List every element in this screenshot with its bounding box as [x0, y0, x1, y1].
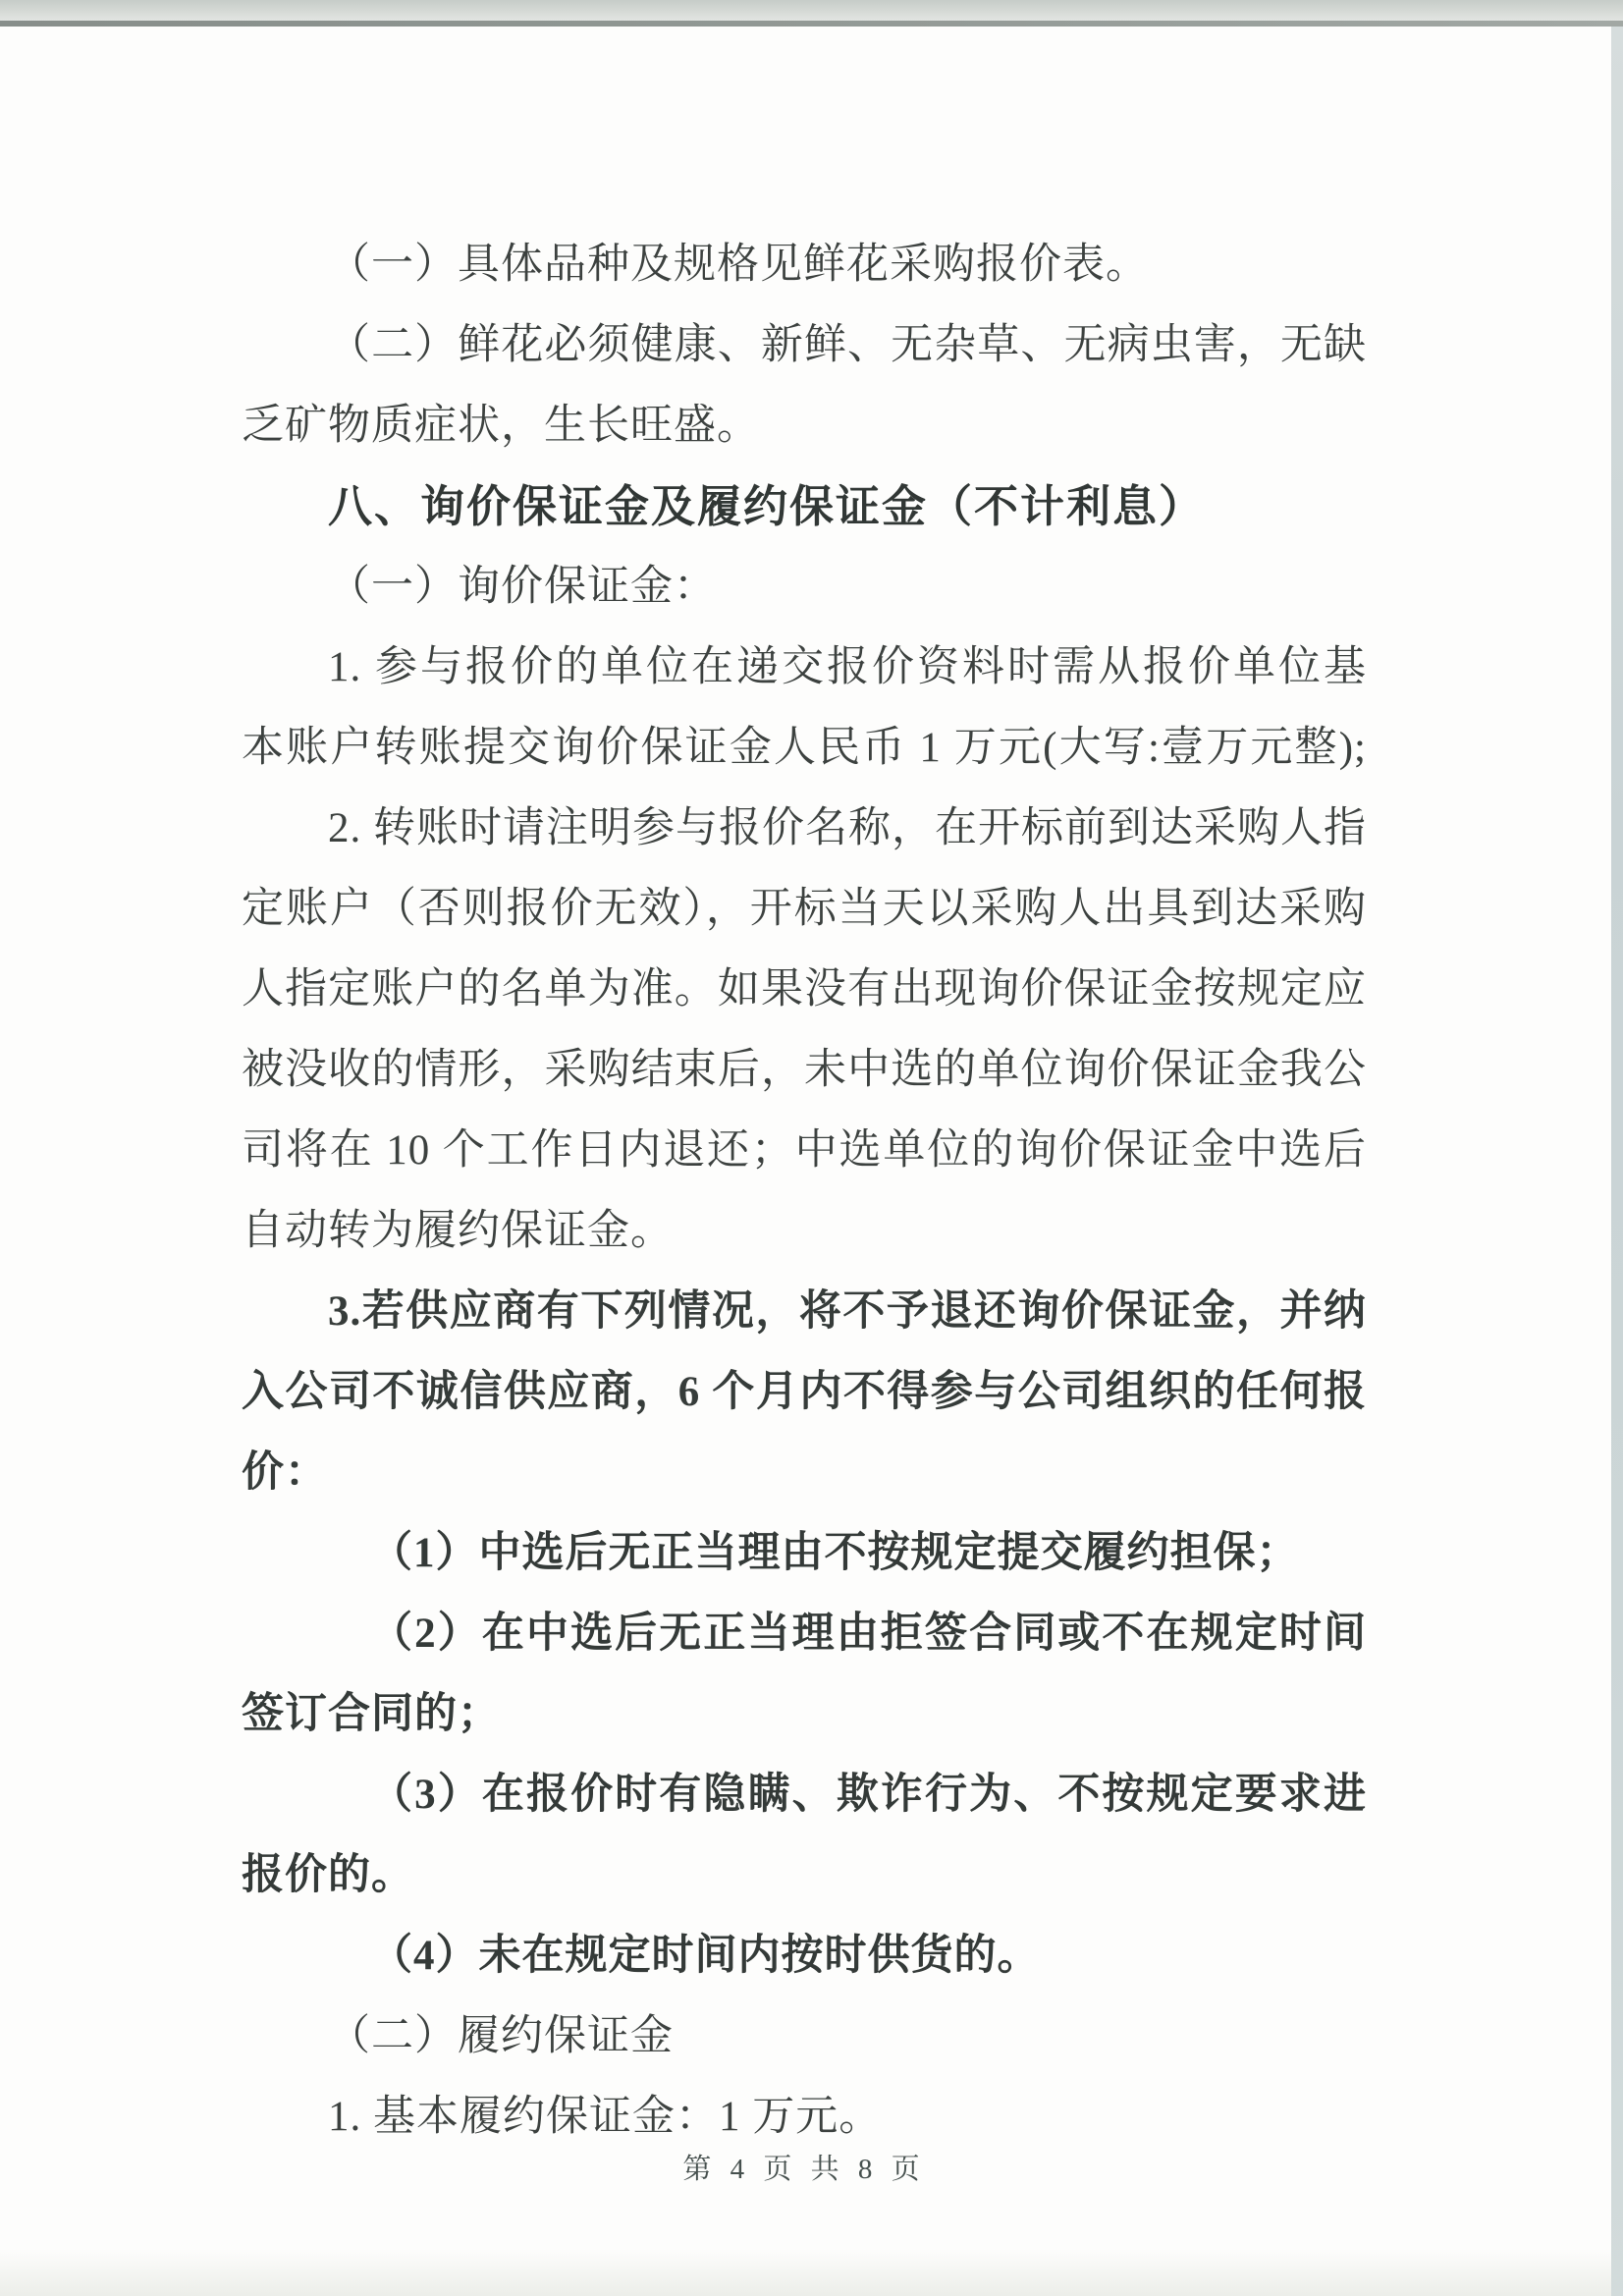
scan-edge-top-line	[0, 21, 1623, 27]
text-line: 2. 转账时请注明参与报价名称，在开标前到达采购人指	[242, 789, 1367, 869]
text-line: 自动转为履约保证金。	[242, 1191, 1367, 1272]
text-line: 被没收的情形，采购结束后，未中选的单位询价保证金我公	[242, 1030, 1367, 1111]
text-line: （3）在报价时有隐瞒、欺诈行为、不按规定要求进行	[242, 1755, 1367, 1835]
text-line: （4）未在规定时间内按时供货的。	[242, 1916, 1367, 1996]
text-line: 入公司不诚信供应商，6 个月内不得参与公司组织的任何报	[242, 1352, 1367, 1433]
text-line: （一）具体品种及规格见鲜花采购报价表。	[242, 225, 1367, 305]
scan-edge-top	[0, 0, 1623, 21]
text-line: （1）中选后无正当理由不按规定提交履约担保；	[242, 1513, 1367, 1594]
text-line: （2）在中选后无正当理由拒签合同或不在规定时间内	[242, 1594, 1367, 1674]
text-line: （一）询价保证金：	[242, 547, 1367, 628]
text-line: 本账户转账提交询价保证金人民币 1 万元(大写:壹万元整);	[242, 708, 1367, 789]
document-page: （一）具体品种及规格见鲜花采购报价表。（二）鲜花必须健康、新鲜、无杂草、无病虫害…	[0, 0, 1623, 2296]
text-line: 3.若供应商有下列情况，将不予退还询价保证金，并纳	[242, 1272, 1367, 1352]
text-line: 价：	[242, 1433, 1367, 1513]
document-body: （一）具体品种及规格见鲜花采购报价表。（二）鲜花必须健康、新鲜、无杂草、无病虫害…	[242, 225, 1367, 2158]
text-line: 人指定账户的名单为准。如果没有出现询价保证金按规定应	[242, 950, 1367, 1030]
text-line: 定账户（否则报价无效），开标当天以采购人出具到达采购	[242, 869, 1367, 950]
text-line: 1. 基本履约保证金：1 万元。	[242, 2077, 1367, 2158]
text-line: 1. 参与报价的单位在递交报价资料时需从报价单位基	[242, 628, 1367, 708]
scan-edge-bottom	[0, 2249, 1611, 2296]
page-number: 第 4 页 共 8 页	[242, 2147, 1367, 2192]
text-line: （二）履约保证金	[242, 1996, 1367, 2077]
text-line: 司将在 10 个工作日内退还；中选单位的询价保证金中选后	[242, 1111, 1367, 1191]
text-line: 签订合同的；	[242, 1674, 1367, 1755]
text-line: 报价的。	[242, 1835, 1367, 1916]
scan-edge-right	[1611, 27, 1623, 2296]
text-line: （二）鲜花必须健康、新鲜、无杂草、无病虫害，无缺	[242, 305, 1367, 386]
section-heading: 八、询价保证金及履约保证金（不计利息）	[242, 466, 1367, 547]
text-line: 乏矿物质症状，生长旺盛。	[242, 386, 1367, 466]
